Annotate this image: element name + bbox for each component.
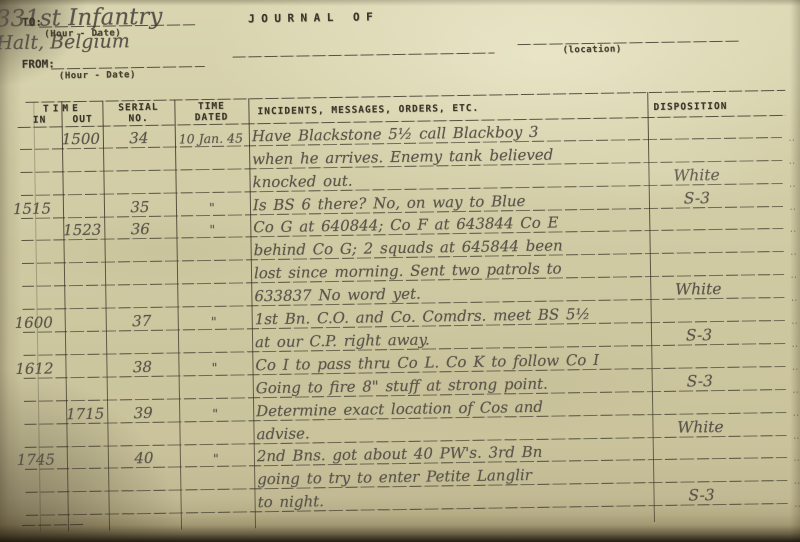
disposition-cell: S-3 xyxy=(645,486,757,506)
time-out-cell: 1715 xyxy=(62,404,108,423)
incidents-cell: to night. xyxy=(257,487,657,511)
serial-no-cell: 35 xyxy=(107,197,173,216)
serial-no-cell: 34 xyxy=(106,128,172,147)
time-in-cell: 1612 xyxy=(9,359,59,378)
disposition-cell: S-3 xyxy=(643,325,755,345)
time-out-cell xyxy=(64,514,110,515)
time-in-cell: 1515 xyxy=(7,199,57,218)
time-dated-cell: " xyxy=(178,199,246,215)
journal-document: TO: (Hour - Date) FROM: (Hour - Date) JO… xyxy=(0,0,800,542)
time-dated-cell: " xyxy=(181,405,249,421)
location-sublabel: (location) xyxy=(562,44,621,55)
disposition-cell: White xyxy=(640,165,752,185)
col-header-disposition: DISPOSITION xyxy=(653,101,727,113)
time-in-cell: 1600 xyxy=(9,313,59,332)
col-header-time-dated-2: DATED xyxy=(175,111,247,123)
time-dated-cell xyxy=(183,512,251,513)
serial-no-cell: 39 xyxy=(110,403,176,422)
col-header-out: OUT xyxy=(63,114,101,126)
disposition-cell: White xyxy=(642,280,754,300)
journal-title: JOURNAL OF xyxy=(248,10,379,25)
serial-no-cell xyxy=(112,513,178,514)
disposition-cell: S-3 xyxy=(644,371,756,391)
from-underline xyxy=(51,66,205,69)
time-dated-cell: 10 Jan. 45 xyxy=(177,130,245,146)
disposition-cell: White xyxy=(644,417,756,437)
time-dated-cell: " xyxy=(182,451,250,467)
time-dated-cell: " xyxy=(180,359,248,375)
col-header-incidents: INCIDENTS, MESSAGES, ORDERS, ETC. xyxy=(257,103,479,117)
time-dated-cell: " xyxy=(180,313,248,329)
serial-no-cell: 38 xyxy=(109,357,175,376)
disposition-cell: S-3 xyxy=(641,188,753,208)
time-in-cell: 1745 xyxy=(11,451,61,470)
bottom-stub-rule xyxy=(22,524,84,526)
col-header-in: IN xyxy=(20,114,60,126)
col-header-serial-no: NO. xyxy=(103,113,173,125)
serial-no-cell: 36 xyxy=(107,220,173,239)
time-dated-cell: " xyxy=(178,222,246,238)
time-in-cell xyxy=(12,515,62,516)
to-sublabel: (Hour - Date) xyxy=(44,28,121,39)
journal-page-photo: TO: (Hour - Date) FROM: (Hour - Date) JO… xyxy=(0,0,800,542)
unit-underline xyxy=(233,52,495,57)
time-out-cell: 1500 xyxy=(58,130,104,149)
serial-no-cell: 37 xyxy=(109,312,175,331)
time-out-cell: 1523 xyxy=(59,221,105,240)
from-sublabel: (Hour - Date) xyxy=(59,70,136,81)
serial-no-cell: 40 xyxy=(111,449,177,468)
